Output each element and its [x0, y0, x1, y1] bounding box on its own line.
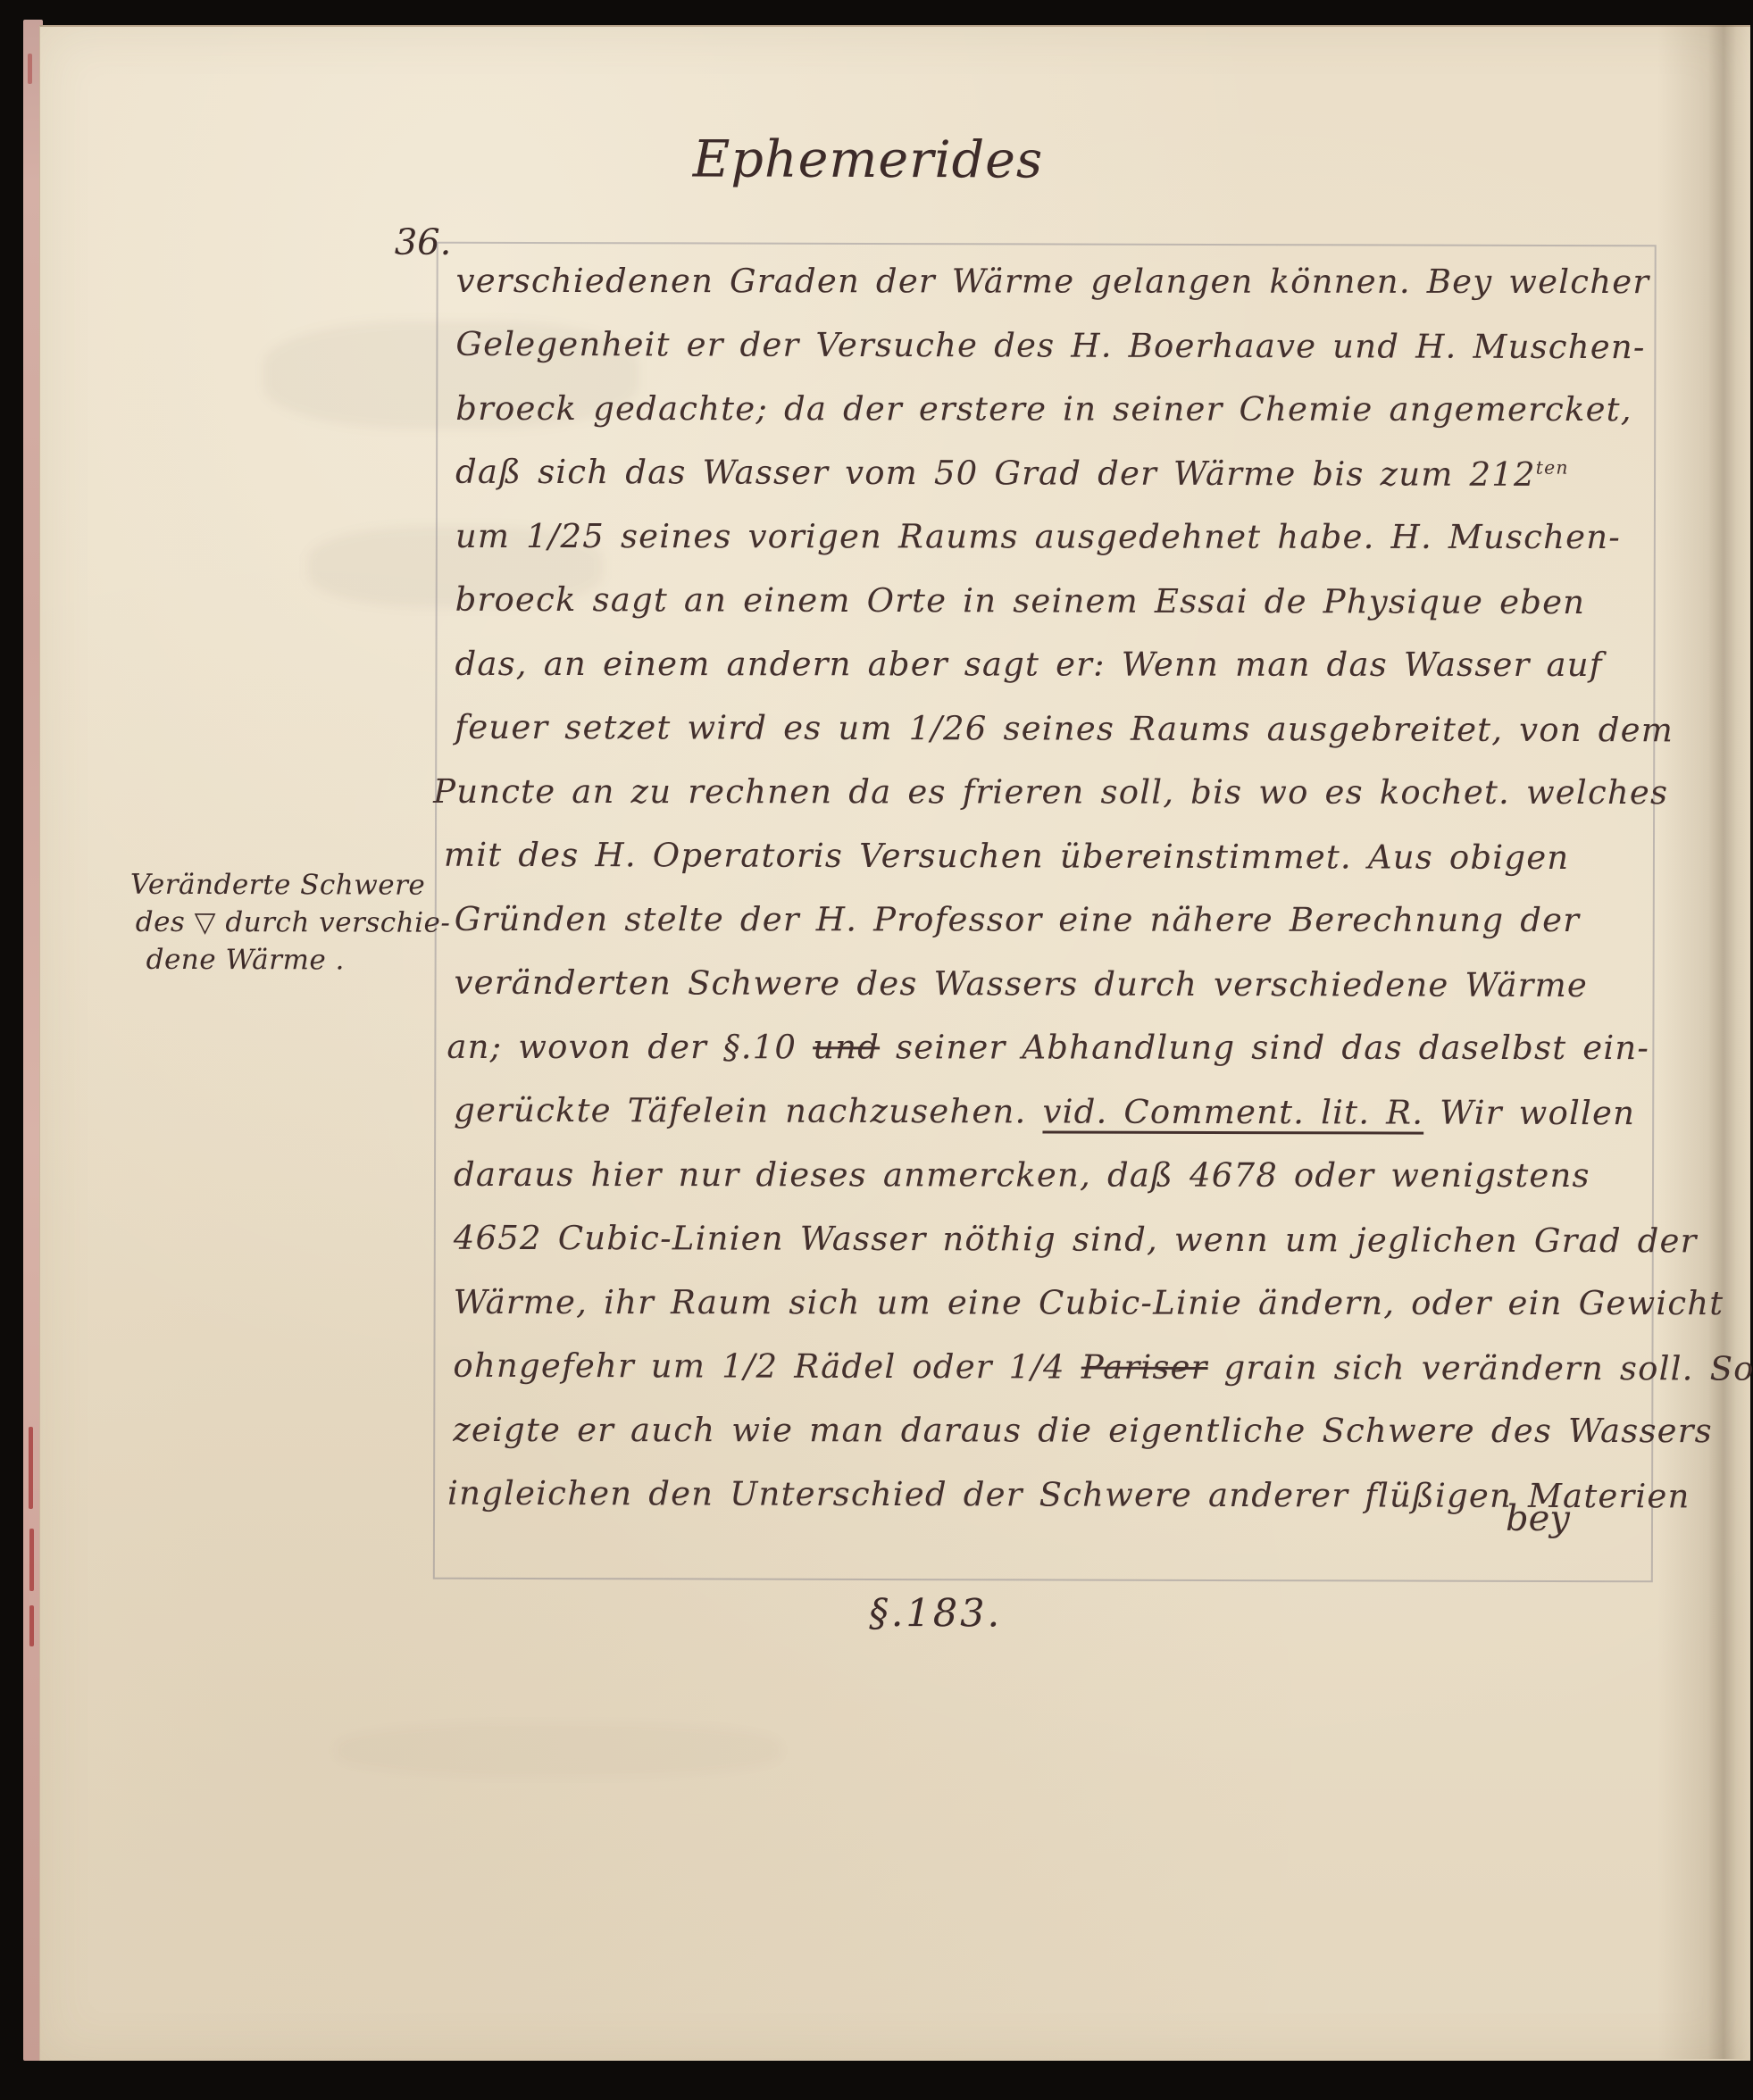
line-text: Wärme, ihr Raum sich um eine Cubic-Linie… — [454, 1283, 1724, 1322]
manuscript-line: ohngefehr um 1/2 Rädel oder 1/4 Pariser … — [453, 1346, 1654, 1412]
manuscript-line: ingleichen den Unterschied der Schwere a… — [447, 1473, 1654, 1540]
manuscript-line: das, an einem andern aber sagt er: Wenn … — [455, 645, 1656, 710]
line-text: Wir wollen — [1423, 1093, 1635, 1132]
scanned-manuscript-page: Ephemerides 36. Veränderte Schwere des ▽… — [0, 0, 1753, 2100]
manuscript-line: zeigte er auch wie man daraus die eigent… — [453, 1411, 1654, 1476]
manuscript-line: Gelegenheit er der Versuche des H. Boerh… — [455, 324, 1657, 391]
line-text: um 1/25 seines vorigen Raums ausgedehnet… — [455, 517, 1621, 556]
manuscript-line: um 1/25 seines vorigen Raums ausgedehnet… — [455, 517, 1657, 582]
struck-word: und — [813, 1028, 880, 1066]
line-text: broeck sagt an einem Orte in seinem Essa… — [455, 579, 1586, 621]
underlined-citation: vid. Comment. lit. R. — [1042, 1092, 1423, 1131]
manuscript-line: Puncte an zu rechnen da es frieren soll,… — [433, 772, 1656, 837]
manuscript-line: gerückte Täfelein nachzusehen. vid. Comm… — [454, 1090, 1655, 1157]
line-text: feuer setzet wird es um 1/26 seines Raum… — [455, 707, 1674, 749]
manuscript-line: an; wovon der §.10 und seiner Abhandlung… — [447, 1028, 1655, 1093]
struck-word: Pariser — [1081, 1347, 1208, 1386]
line-text: daß sich das Wasser vom 50 Grad der Wärm… — [455, 452, 1536, 493]
line-text: gerückte Täfelein nachzusehen. — [454, 1090, 1042, 1130]
line-text: an; wovon der §.10 — [447, 1028, 813, 1066]
superscript-text: ten — [1536, 456, 1569, 478]
manuscript-line: feuer setzet wird es um 1/26 seines Raum… — [455, 707, 1656, 774]
running-head: Ephemerides — [654, 129, 1082, 189]
line-text: ingleichen den Unterschied der Schwere a… — [447, 1473, 1690, 1515]
line-text: mit des H. Operatoris Versuchen übereins… — [444, 835, 1570, 876]
line-text: Gründen stelte der H. Professor eine näh… — [455, 900, 1580, 939]
manuscript-line: broeck sagt an einem Orte in seinem Essa… — [455, 579, 1657, 646]
line-text: Gelegenheit er der Versuche des H. Boerh… — [455, 324, 1645, 365]
line-text: zeigte er auch wie man daraus die eigent… — [453, 1411, 1713, 1450]
line-text: das, an einem andern aber sagt er: Wenn … — [455, 645, 1602, 684]
manuscript-line: veränderten Schwere des Wassers durch ve… — [454, 962, 1655, 1029]
line-text: seiner Abhandlung sind das daselbst ein- — [880, 1028, 1649, 1067]
manuscript-line: daß sich das Wasser vom 50 Grad der Wärm… — [455, 452, 1657, 519]
manuscript-line: verschiedenen Graden der Wärme gelangen … — [456, 262, 1657, 327]
line-text: veränderten Schwere des Wassers durch ve… — [455, 962, 1589, 1004]
line-text: 4652 Cubic-Linien Wasser nöthig sind, we… — [454, 1218, 1698, 1260]
manuscript-line: 4652 Cubic-Linien Wasser nöthig sind, we… — [454, 1218, 1655, 1285]
manuscript-line: broeck gedachte; da der erstere in seine… — [455, 389, 1657, 454]
manuscript-line: mit des H. Operatoris Versuchen übereins… — [444, 835, 1656, 902]
line-text: verschiedenen Graden der Wärme gelangen … — [456, 262, 1650, 301]
line-text: ohngefehr um 1/2 Rädel oder 1/4 — [453, 1346, 1081, 1386]
manuscript-line: daraus hier nur dieses anmercken, daß 46… — [454, 1155, 1655, 1221]
line-text: grain sich verändern soll. So — [1208, 1347, 1753, 1387]
catchword: bey — [1506, 1498, 1570, 1539]
section-number: §.183. — [766, 1591, 1106, 1637]
line-text: Puncte an zu rechnen da es frieren soll,… — [433, 772, 1668, 812]
line-text: daraus hier nur dieses anmercken, daß 46… — [454, 1155, 1590, 1195]
manuscript-text-block: verschiedenen Graden der Wärme gelangen … — [453, 261, 1657, 1541]
page-content: Ephemerides 36. Veränderte Schwere des ▽… — [0, 0, 1753, 2100]
manuscript-line: Wärme, ihr Raum sich um eine Cubic-Linie… — [454, 1283, 1655, 1348]
line-text: broeck gedachte; da der erstere in seine… — [455, 389, 1632, 429]
manuscript-line: Gründen stelte der H. Professor eine näh… — [455, 900, 1656, 965]
